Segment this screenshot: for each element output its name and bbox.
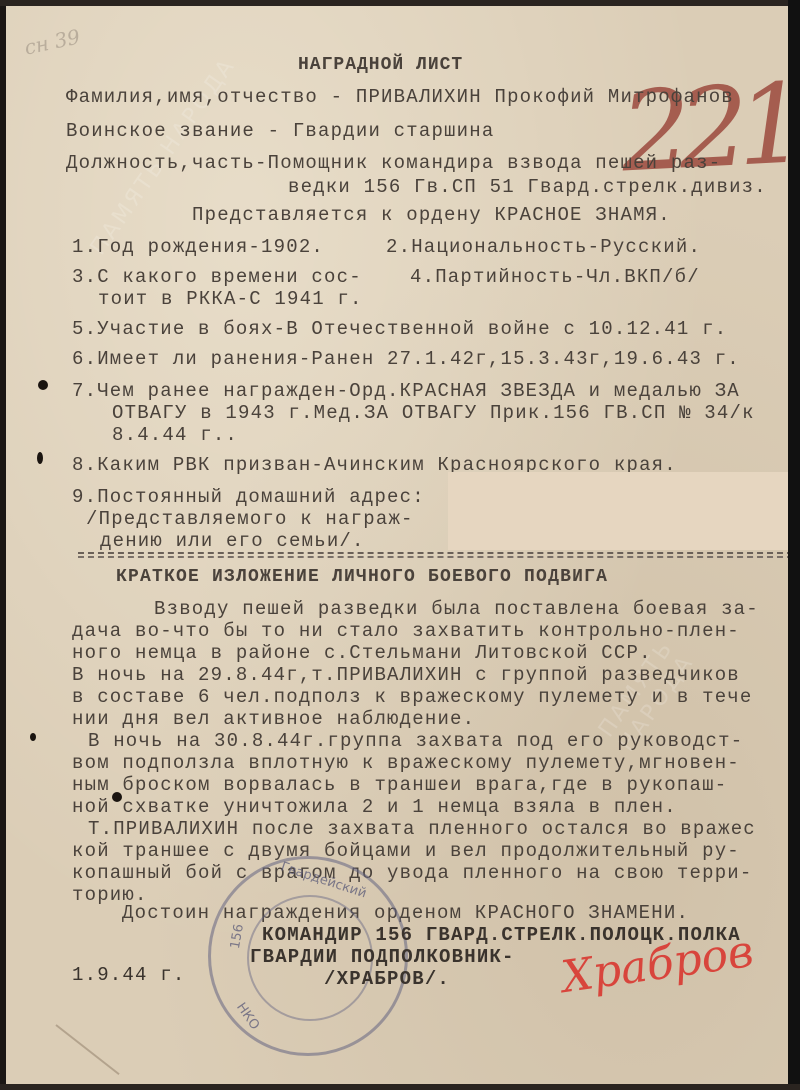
item-address-line-3: дению или его семьи/.: [100, 532, 365, 551]
feat-line: Взводу пешей разведки была поставлена бо…: [154, 600, 759, 619]
item-wounds: 6.Имеет ли ранения-Ранен 27.1.42г,15.3.4…: [72, 350, 740, 369]
feat-line: ного немца в районе с.Стельмани Литовско…: [72, 644, 652, 663]
item-address-line-2: /Представляемого к награж-: [86, 510, 414, 529]
conclusion-line: Достоин награждения орденом КРАСНОГО ЗНА…: [122, 904, 689, 923]
feat-line: дача во-что бы то ни стало захватить кон…: [72, 622, 740, 641]
item-party: 4.Партийность-Чл.ВКП/б/: [410, 268, 700, 287]
item-address-line-1: 9.Постоянный домашний адрес:: [72, 488, 425, 507]
signer-name: /ХРАБРОВ/.: [324, 970, 450, 989]
nomination-line: Представляется к ордену КРАСНОЕ ЗНАМЯ.: [192, 206, 671, 225]
punch-hole: [37, 452, 43, 464]
feat-line: копашный бой с врагом до увода пленного …: [72, 864, 753, 883]
scan-border-bottom: [0, 1084, 800, 1090]
redacted-address-block: [448, 472, 800, 550]
feat-line: нии дня вел активное наблюдение.: [72, 710, 475, 729]
rank-field: Воинское звание - Гвардии старшина: [66, 122, 494, 141]
feat-line: кой траншее с двумя бойцами и вел продол…: [72, 842, 740, 861]
item-birth-year: 1.Год рождения-1902.: [72, 238, 324, 257]
stamp-left-text: 156: [228, 923, 247, 950]
item-previous-awards-line-1: 7.Чем ранее награжден-Орд.КРАСНАЯ ЗВЕЗДА…: [72, 382, 740, 401]
punch-hole: [30, 733, 36, 741]
feat-line: В ночь на 30.8.44г.группа захвата под ег…: [88, 732, 743, 751]
stamp-bottom-text: НКО: [233, 1000, 262, 1033]
item-service-since-line-2: тоит в РККА-С 1941 г.: [98, 290, 363, 309]
punch-hole: [112, 792, 122, 802]
feat-heading: КРАТКОЕ ИЗЛОЖЕНИЕ ЛИЧНОГО БОЕВОГО ПОДВИГ…: [116, 568, 608, 586]
document-date: 1.9.44 г.: [72, 966, 185, 985]
feat-line: ным броском ворвалась в траншеи врага,гд…: [72, 776, 727, 795]
scan-border-right: [788, 0, 800, 1090]
punch-hole: [38, 380, 48, 390]
signer-title-line-2: ГВАРДИИ ПОДПОЛКОВНИК-: [250, 948, 515, 967]
section-divider: [78, 552, 793, 558]
archive-pencil-note: сн 39: [22, 24, 82, 59]
page-title: НАГРАДНОЙ ЛИСТ: [298, 56, 463, 74]
item-previous-awards-line-3: 8.4.44 г..: [112, 426, 238, 445]
item-service-since-line-1: 3.С какого времени сос-: [72, 268, 362, 287]
name-field: Фамилия,имя,отчество - ПРИВАЛИХИН Прокоф…: [66, 88, 734, 107]
feat-line: Т.ПРИВАЛИХИН после захвата пленного оста…: [88, 820, 756, 839]
feat-line: вом подползла вплотную к вражескому пуле…: [72, 754, 740, 773]
position-field-line-1: Должность,часть-Помощник командира взвод…: [66, 154, 721, 173]
position-field-line-2: ведки 156 Гв.СП 51 Гвард.стрелк.дивиз.: [288, 178, 767, 197]
paper-crease: [55, 1024, 119, 1075]
item-nationality: 2.Национальность-Русский.: [386, 238, 701, 257]
item-previous-awards-line-2: ОТВАГУ в 1943 г.Мед.ЗА ОТВАГУ Прик.156 Г…: [112, 404, 755, 423]
feat-line: В ночь на 29.8.44г,т.ПРИВАЛИХИН с группо…: [72, 666, 740, 685]
scan-border-top: [0, 0, 800, 6]
feat-line: ной схватке уничтожила 2 и 1 немца взяла…: [72, 798, 677, 817]
item-battles: 5.Участие в боях-В Отечественной войне с…: [72, 320, 727, 339]
feat-line: в составе 6 чел.подполз к вражескому пул…: [72, 688, 753, 707]
